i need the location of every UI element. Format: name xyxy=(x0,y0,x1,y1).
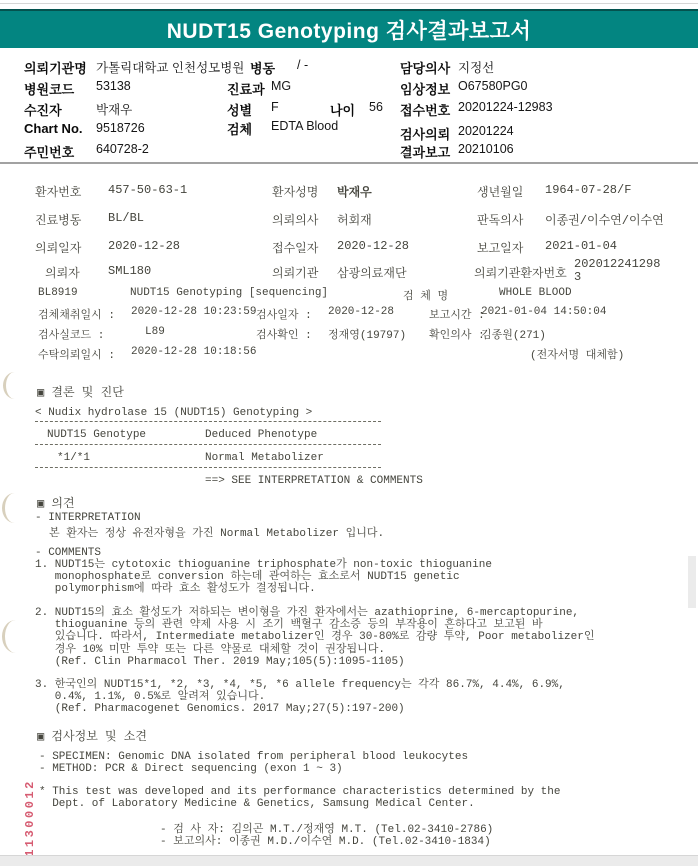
ref-org-patient-no-label: 의뢰기관환자번호 xyxy=(474,264,567,281)
ward-label: 병동 xyxy=(250,58,275,77)
ward-value: / - xyxy=(297,58,308,72)
ref-doctor-label: 의뢰의사 xyxy=(272,211,318,228)
bottom-margin-band xyxy=(0,855,698,866)
ward-row-label: 진료병동 xyxy=(35,211,81,228)
scan-curl-artifact xyxy=(2,493,27,523)
method-info-line: - METHOD: PCR & Direct sequencing (exon … xyxy=(39,763,343,775)
request-date-value: 2020-12-28 xyxy=(108,239,180,253)
table-rule-top xyxy=(35,421,381,422)
genotyping-subtitle: < Nudix hydrolase 15 (NUDT15) Genotyping… xyxy=(35,407,312,419)
review-doctor-value: 이종권/이수연/이수연 xyxy=(545,211,664,228)
collected-value: 2020-12-28 10:23:59 xyxy=(131,306,256,318)
hospital-code-value: 53138 xyxy=(96,79,131,93)
tech-confirm-value: 정재영(19797) xyxy=(328,326,406,342)
lab-code-label: 검사실코드 : xyxy=(38,326,104,342)
genotype-result: *1/*1 xyxy=(57,452,90,464)
scan-curl-artifact xyxy=(2,620,29,653)
ref-org-patient-no-value: 2020122412983 xyxy=(574,258,662,284)
order-date-value: 20201224 xyxy=(458,124,514,138)
tech-confirm-label: 검사확인 : xyxy=(256,326,312,342)
patient-name-label: 환자성명 xyxy=(272,183,318,200)
see-comments-note: ==> SEE INTERPRETATION & COMMENTS xyxy=(205,475,423,487)
interpretation-body: 본 환자는 정상 유전자형을 가진 Normal Metabolizer 입니다… xyxy=(49,524,384,540)
resident-no-label: 주민번호 xyxy=(24,142,74,161)
lab-code-value: L89 xyxy=(145,326,165,338)
doctor-confirm-value: 김종원(271) xyxy=(481,326,546,342)
birth-date-label: 생년월일 xyxy=(477,183,523,200)
patient-no-value: 457-50-63-1 xyxy=(108,183,187,197)
ref-org-value: 삼광의료재단 xyxy=(337,264,407,281)
interpretation-title: - INTERPRETATION xyxy=(35,512,141,524)
patient-no-label: 환자번호 xyxy=(35,183,81,200)
conclusion-heading: ▣ 결론 및 진단 xyxy=(37,383,124,400)
comment-3: 3. 한국인의 NUDT15*1, *2, *3, *4, *5, *6 all… xyxy=(35,679,565,716)
sex-label: 성별 xyxy=(227,100,252,119)
review-doctor-label: 판독의사 xyxy=(477,211,523,228)
org-value: 가톨릭대학교 인천성모병원 xyxy=(96,58,244,76)
scan-curl-artifact xyxy=(3,372,26,399)
top-hairline xyxy=(0,3,698,4)
collected-label: 검체채취일시 : xyxy=(38,306,115,322)
genotype-column-header: NUDT15 Genotype xyxy=(47,429,146,441)
report-date-value: 2021-01-04 xyxy=(545,239,617,253)
document-code-vertical: 11300012 xyxy=(23,779,37,857)
scan-smudge-artifact xyxy=(688,556,696,608)
test-info-heading: ▣ 검사정보 및 소견 xyxy=(37,727,147,744)
specimen-name-label: 검 체 명 xyxy=(403,287,448,303)
report-date-label: 보고일자 xyxy=(477,239,523,256)
report-time-label: 보고시간 : xyxy=(429,306,485,322)
age-value: 56 xyxy=(369,100,383,114)
resident-no-value: 640728-2 xyxy=(96,142,149,156)
receipt-date-value: 2020-12-28 xyxy=(337,239,409,253)
reporter-line: - 보고의사: 이종권 M.D./이수연 M.D. (Tel.02-3410-1… xyxy=(160,832,491,848)
specimen-info-line: - SPECIMEN: Genomic DNA isolated from pe… xyxy=(39,751,468,763)
result-date-value: 20210106 xyxy=(458,142,514,156)
clinical-info-label: 임상정보 xyxy=(400,79,450,98)
dept-label: 진료과 xyxy=(227,79,265,98)
requester-label: 의뢰자 xyxy=(45,264,80,281)
receipt-no-value: 20201224-12983 xyxy=(458,100,553,114)
comment-2: 2. NUDT15의 효소 활성도가 저하되는 변이형을 가진 환자에서는 az… xyxy=(35,607,594,668)
clinical-info-value: O67580PG0 xyxy=(458,79,528,93)
page-title: NUDT15 Genotyping 검사결과보고서 xyxy=(167,15,532,45)
phenotype-result: Normal Metabolizer xyxy=(205,452,324,464)
chart-no-label: Chart No. xyxy=(24,121,83,136)
section-divider xyxy=(0,162,698,164)
birth-date-value: 1964-07-28/F xyxy=(545,183,631,197)
opinion-heading: ▣ 의견 xyxy=(37,494,75,511)
age-label: 나이 xyxy=(330,100,355,119)
dept-value: MG xyxy=(271,79,291,93)
specimen-name-value: WHOLE BLOOD xyxy=(499,287,572,299)
referral-value: 2020-12-28 10:18:56 xyxy=(131,346,256,358)
specimen-type-value: EDTA Blood xyxy=(271,119,338,133)
examinee-label: 수진자 xyxy=(24,100,62,119)
test-code: BL8919 xyxy=(38,287,78,299)
table-rule-bottom xyxy=(35,467,381,468)
receipt-no-label: 접수번호 xyxy=(400,100,450,119)
physician-value: 지정선 xyxy=(458,58,494,76)
specimen-type-label: 검체 xyxy=(227,119,252,138)
hospital-code-label: 병원코드 xyxy=(24,79,74,98)
patient-name-value: 박재우 xyxy=(337,183,372,200)
org-label: 의뢰기관명 xyxy=(24,58,87,77)
ward-row-value: BL/BL xyxy=(108,211,144,225)
sex-value: F xyxy=(271,100,279,114)
ref-org-label: 의뢰기관 xyxy=(272,264,318,281)
esign-note: (전자서명 대체함) xyxy=(530,346,624,362)
doctor-confirm-label: 확인의사 : xyxy=(429,326,485,342)
requester-value: SML180 xyxy=(108,264,151,278)
chart-no-value: 9518726 xyxy=(96,121,145,135)
phenotype-column-header: Deduced Phenotype xyxy=(205,429,317,441)
report-title-banner: NUDT15 Genotyping 검사결과보고서 xyxy=(0,9,698,48)
result-date-label: 결과보고 xyxy=(400,142,450,161)
test-date-value: 2020-12-28 xyxy=(328,306,394,318)
table-rule-mid xyxy=(35,444,381,445)
receipt-date-label: 접수일자 xyxy=(272,239,318,256)
comments-title: - COMMENTS xyxy=(35,547,101,559)
test-disclaimer: * This test was developed and its perfor… xyxy=(39,786,561,810)
report-time-value: 2021-01-04 14:50:04 xyxy=(481,306,606,318)
comment-1: 1. NUDT15는 cytotoxic thioguanine triphos… xyxy=(35,559,492,596)
physician-label: 담당의사 xyxy=(400,58,450,77)
ref-doctor-value: 허회재 xyxy=(337,211,372,228)
referral-label: 수탁의뢰일시 : xyxy=(38,346,115,362)
test-date-label: 검사일자 : xyxy=(256,306,312,322)
report-page: NUDT15 Genotyping 검사결과보고서 의뢰기관명 가톨릭대학교 인… xyxy=(0,0,698,866)
test-name: NUDT15 Genotyping [sequencing] xyxy=(130,287,328,299)
request-date-label: 의뢰일자 xyxy=(35,239,81,256)
examinee-value: 박재우 xyxy=(96,100,132,118)
order-date-label: 검사의뢰 xyxy=(400,124,450,143)
